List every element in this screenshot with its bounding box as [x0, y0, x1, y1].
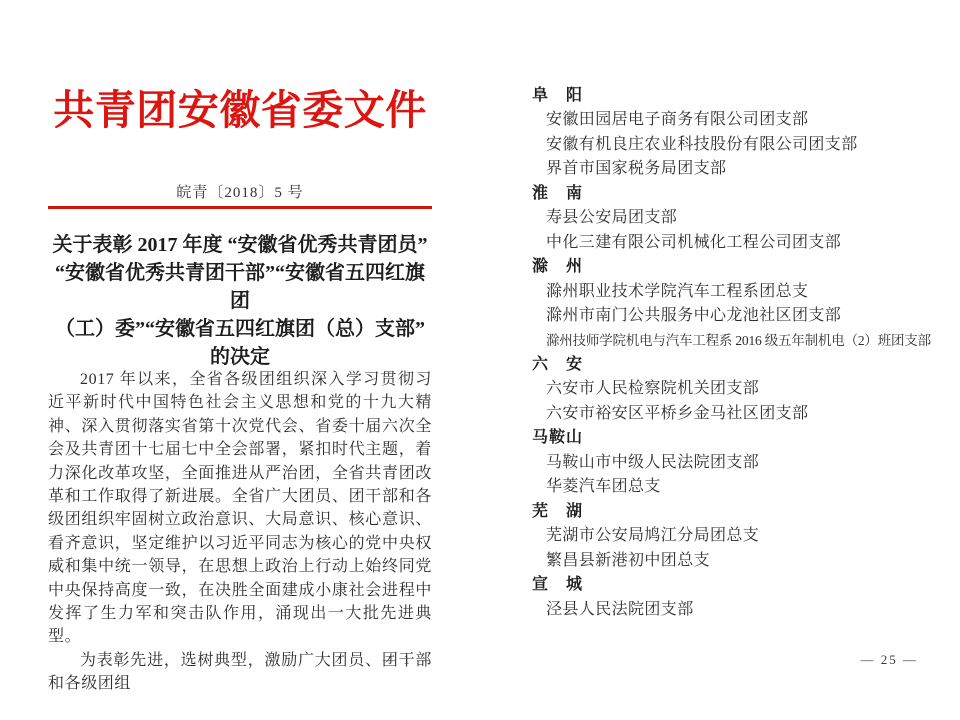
org-item: 寿县公安局团支部 [532, 206, 918, 230]
decision-title: 关于表彰 2017 年度 “安徽省优秀共青团员”“安徽省优秀共青团干部”“安徽省… [48, 231, 432, 371]
city-header: 宣 城 [532, 573, 918, 597]
page-left: 共青团安徽省委文件 皖青〔2018〕5 号 关于表彰 2017 年度 “安徽省优… [48, 0, 432, 720]
document-spread: 共青团安徽省委文件 皖青〔2018〕5 号 关于表彰 2017 年度 “安徽省优… [0, 0, 960, 720]
org-item: 中化三建有限公司机械化工程公司团支部 [532, 231, 918, 255]
page-number-left: — 1 — [48, 652, 434, 668]
org-item: 安徽有机良庄农业科技股份有限公司团支部 [532, 133, 918, 157]
red-divider-rule [48, 206, 432, 209]
body-paragraph: 2017 年以来，全省各级团组织深入学习贯彻习近平新时代中国特色社会主义思想和党… [48, 368, 432, 649]
city-header: 阜 阳 [532, 84, 918, 108]
title-line: 的决定 [48, 343, 432, 371]
page-right: 阜 阳安徽田园居电子商务有限公司团支部安徽有机良庄农业科技股份有限公司团支部界首… [532, 0, 918, 720]
city-header: 芜 湖 [532, 500, 918, 524]
decision-body: 2017 年以来，全省各级团组织深入学习贯彻习近平新时代中国特色社会主义思想和党… [48, 368, 432, 696]
document-header-title: 共青团安徽省委文件 [48, 86, 432, 135]
page-number-right: — 25 — [532, 652, 922, 668]
org-item: 滁州市南门公共服务中心龙池社区团支部 [532, 304, 918, 328]
org-item: 华菱汽车团总支 [532, 475, 918, 499]
org-item: 六安市裕安区平桥乡金马社区团支部 [532, 402, 918, 426]
city-header: 马鞍山 [532, 426, 918, 450]
title-line: 关于表彰 2017 年度 “安徽省优秀共青团员” [48, 231, 432, 259]
title-line: （工）委”“安徽省五四红旗团（总）支部” [48, 315, 432, 343]
org-item: 安徽田园居电子商务有限公司团支部 [532, 108, 918, 132]
city-header: 六 安 [532, 353, 918, 377]
org-item: 滁州技师学院机电与汽车工程系 2016 级五年制机电（2）班团支部 [532, 329, 918, 353]
commendation-list: 阜 阳安徽田园居电子商务有限公司团支部安徽有机良庄农业科技股份有限公司团支部界首… [532, 84, 918, 622]
org-item: 滁州职业技术学院汽车工程系团总支 [532, 280, 918, 304]
org-item: 马鞍山市中级人民法院团支部 [532, 451, 918, 475]
org-item: 六安市人民检察院机关团支部 [532, 377, 918, 401]
org-item: 界首市国家税务局团支部 [532, 157, 918, 181]
org-item: 泾县人民法院团支部 [532, 598, 918, 622]
org-item: 繁昌县新港初中团总支 [532, 549, 918, 573]
city-header: 淮 南 [532, 182, 918, 206]
org-item: 芜湖市公安局鸠江分局团总支 [532, 524, 918, 548]
title-line: “安徽省优秀共青团干部”“安徽省五四红旗团 [48, 259, 432, 315]
city-header: 滁 州 [532, 255, 918, 279]
document-number: 皖青〔2018〕5 号 [48, 181, 432, 202]
